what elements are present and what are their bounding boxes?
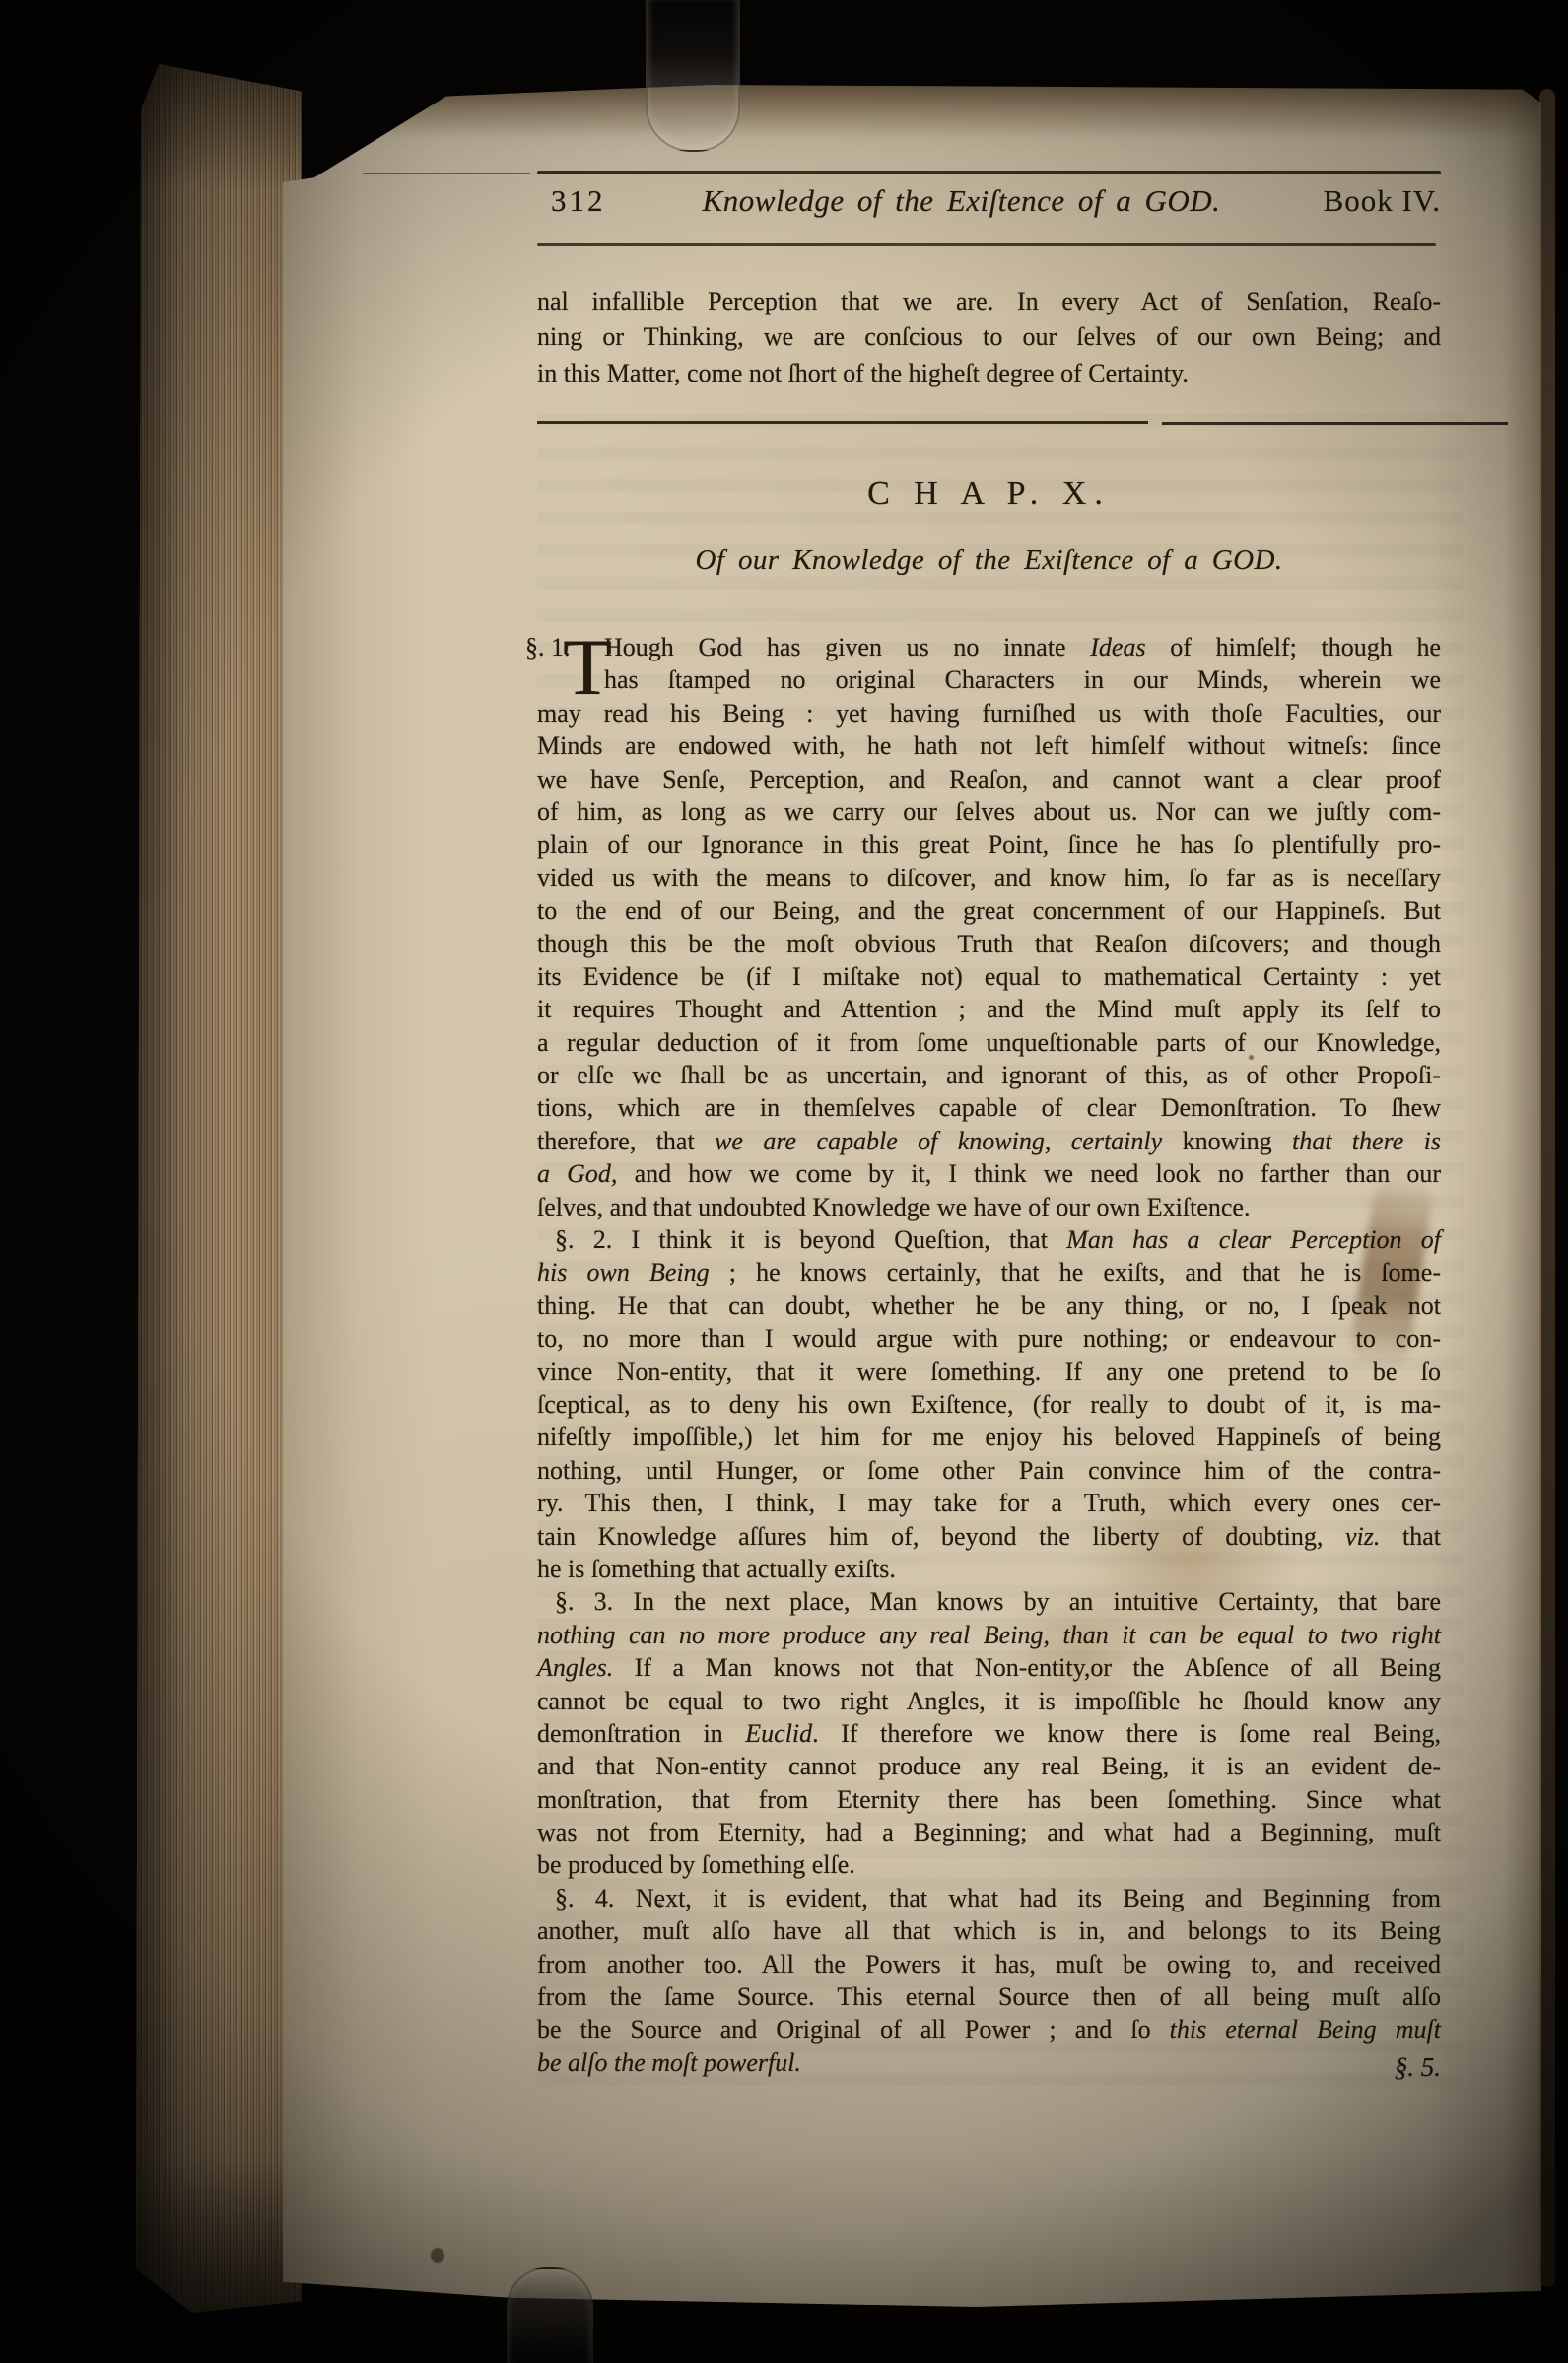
adjacent-page-edge bbox=[1539, 89, 1555, 2287]
page-number: 312 bbox=[537, 183, 659, 219]
text-line: demonſtration in Euclid. If therefore we… bbox=[537, 1717, 1441, 1750]
catchword: §. 5. bbox=[537, 2052, 1451, 2083]
text-line: and that Non-entity cannot produce any r… bbox=[537, 1750, 1441, 1782]
text-line: be produced by ſomething elſe. bbox=[537, 1848, 1441, 1881]
text-line: from the ſame Source. This eternal Sourc… bbox=[537, 1981, 1441, 2013]
running-title: Knowledge of the Exiſtence of a GOD. bbox=[659, 183, 1263, 219]
text-line: ſelves, and that undoubted Knowledge we … bbox=[537, 1191, 1441, 1223]
chapter-heading: C H A P. X. bbox=[537, 475, 1441, 513]
text-line: vince Non-entity, that it were ſomething… bbox=[537, 1355, 1441, 1388]
page-top-edge bbox=[283, 79, 1541, 138]
text-line: his own Being ; he knows certainly, that… bbox=[537, 1256, 1441, 1288]
text-line: we have Senſe, Perception, and Reaſon, a… bbox=[537, 763, 1441, 796]
text-line: its Evidence be (if I miſtake not) equal… bbox=[537, 960, 1441, 993]
text-line: in this Matter, come not ſhort of the hi… bbox=[537, 356, 1441, 391]
text-line: nothing, until Hunger, or ſome other Pai… bbox=[537, 1454, 1441, 1487]
text-line: monſtration, that from Eternity there ha… bbox=[537, 1783, 1441, 1816]
text-line: a God, and how we come by it, I think we… bbox=[537, 1157, 1441, 1190]
paragraph: §. 1.THough God has given us no innate I… bbox=[537, 631, 1441, 1223]
text-line: or elſe we ſhall be as uncertain, and ig… bbox=[537, 1059, 1441, 1091]
text-line: to the end of our Being, and the great c… bbox=[537, 894, 1441, 927]
book-label: Book IV. bbox=[1263, 183, 1441, 219]
text-line: Minds are endowed with, he hath not left… bbox=[537, 730, 1441, 762]
text-line: has ſtamped no original Characters in ou… bbox=[537, 663, 1441, 696]
running-head: 312 Knowledge of the Exiſtence of a GOD.… bbox=[537, 183, 1441, 219]
plastic-clip-top bbox=[646, 0, 740, 152]
chapter-divider-rule bbox=[537, 421, 1508, 424]
text-line: plain of our Ignorance in this great Poi… bbox=[537, 828, 1441, 861]
intro-paragraph: nal infallible Perception that we are. I… bbox=[537, 284, 1441, 391]
header-rule-left-segment bbox=[363, 173, 530, 174]
text-line: nifeſtly impoſſible,) let him for me enj… bbox=[537, 1421, 1441, 1453]
text-line: nothing can no more produce any real Bei… bbox=[537, 1619, 1441, 1651]
text-line: though this be the moſt obvious Truth th… bbox=[537, 928, 1441, 960]
body-text: §. 1.THough God has given us no innate I… bbox=[537, 631, 1441, 2079]
chapter-subtitle: Of our Knowledge of the Exiſtence of a G… bbox=[537, 544, 1441, 577]
text-line: from another too. All the Powers it has,… bbox=[537, 1948, 1441, 1981]
header-rule-top bbox=[537, 171, 1441, 174]
text-line: may read his Being : yet having furniſhe… bbox=[537, 697, 1441, 730]
book-page: 312 Knowledge of the Exiſtence of a GOD.… bbox=[283, 39, 1541, 2307]
text-line: nal infallible Perception that we are. I… bbox=[537, 284, 1441, 319]
text-line: Hough God has given us no innate Ideas o… bbox=[537, 631, 1441, 663]
paragraph: §. 3. In the next place, Man knows by an… bbox=[537, 1585, 1441, 1882]
text-line: a regular deduction of it from ſome unqu… bbox=[537, 1026, 1441, 1059]
text-line: thing. He that can doubt, whether he be … bbox=[537, 1289, 1441, 1322]
text-line: cannot be equal to two right Angles, it … bbox=[537, 1685, 1441, 1717]
text-line: it requires Thought and Attention ; and … bbox=[537, 993, 1441, 1025]
book-photo: 312 Knowledge of the Exiſtence of a GOD.… bbox=[0, 0, 1568, 2363]
text-line: ſceptical, as to deny his own Exiſtence,… bbox=[537, 1388, 1441, 1421]
text-line: he is ſomething that actually exiſts. bbox=[537, 1553, 1441, 1585]
text-line: §. 2. I think it is beyond Queſtion, tha… bbox=[537, 1223, 1441, 1256]
text-line: therefore, that we are capable of knowin… bbox=[537, 1125, 1441, 1157]
header-rule-bottom bbox=[537, 243, 1436, 246]
paragraph: §. 4. Next, it is evident, that what had… bbox=[537, 1882, 1441, 2079]
book-fore-edge bbox=[136, 55, 302, 2315]
text-line: to, no more than I would argue with pure… bbox=[537, 1322, 1441, 1355]
drop-cap: T bbox=[563, 627, 612, 708]
divider-segment bbox=[537, 421, 1148, 424]
text-line: ning or Thinking, we are conſcious to ou… bbox=[537, 319, 1441, 355]
text-line: of him, as long as we carry our ſelves a… bbox=[537, 796, 1441, 828]
text-line: vided us with the means to diſcover, and… bbox=[537, 862, 1441, 894]
text-line: §. 3. In the next place, Man knows by an… bbox=[537, 1585, 1441, 1618]
plastic-clip-bottom bbox=[507, 2267, 593, 2363]
text-line: another, muſt alſo have all that which i… bbox=[537, 1914, 1441, 1947]
text-line: tions, which are in themſelves capable o… bbox=[537, 1091, 1441, 1124]
text-line: was not from Eternity, had a Beginning; … bbox=[537, 1816, 1441, 1848]
text-line: tain Knowledge aſſures him of, beyond th… bbox=[537, 1520, 1441, 1553]
text-line: ry. This then, I think, I may take for a… bbox=[537, 1487, 1441, 1519]
speck bbox=[431, 2248, 444, 2263]
text-line: Angles. If a Man knows not that Non-enti… bbox=[537, 1651, 1441, 1684]
paragraph: §. 2. I think it is beyond Queſtion, tha… bbox=[537, 1223, 1441, 1585]
ink-stain bbox=[1554, 414, 1568, 670]
text-line: be the Source and Original of all Power … bbox=[537, 2013, 1441, 2046]
divider-segment bbox=[1162, 422, 1508, 425]
text-line: §. 4. Next, it is evident, that what had… bbox=[537, 1882, 1441, 1914]
